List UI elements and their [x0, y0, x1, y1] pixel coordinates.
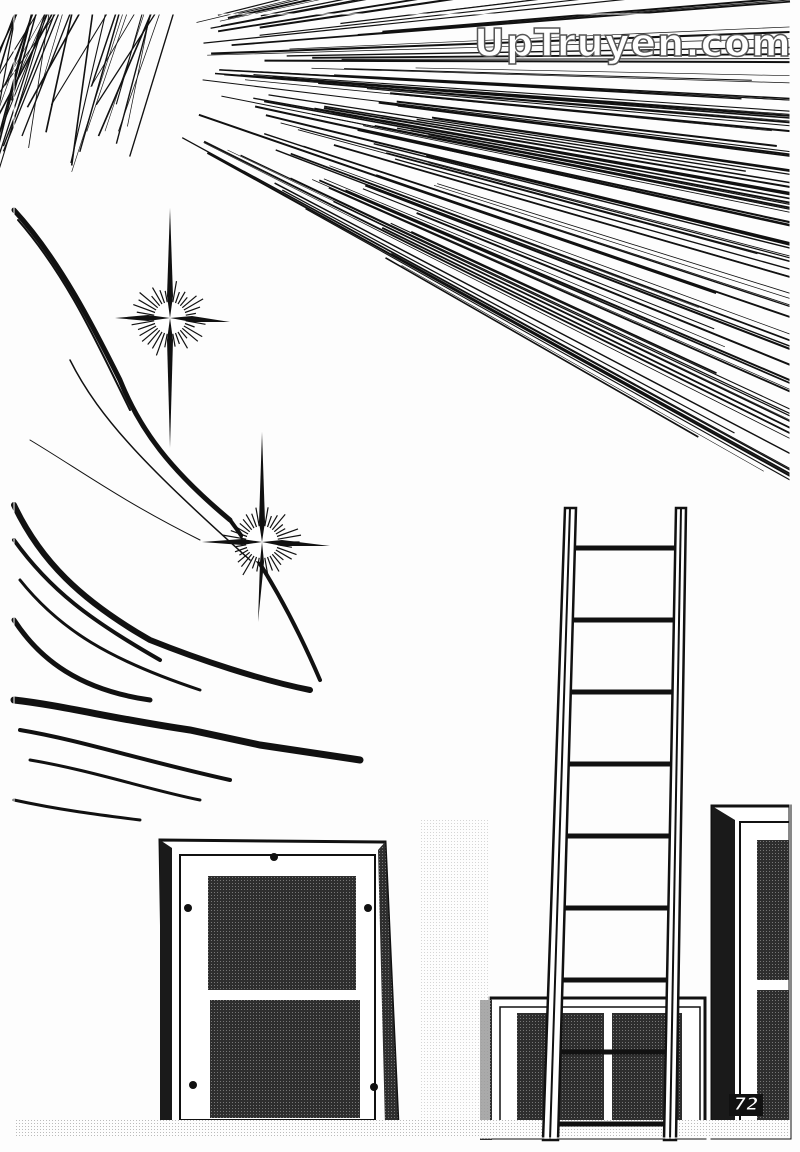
- window-frame: [160, 840, 398, 1125]
- sparkle: [202, 432, 330, 622]
- manga-page: UpTruyen.com 72: [0, 0, 800, 1152]
- speed-lines: [0, 0, 790, 480]
- wall-shadow: [420, 820, 490, 1120]
- watermark-text: UpTruyen.com: [474, 18, 774, 68]
- draped-cloth: [14, 210, 360, 820]
- page-number: 72: [729, 1094, 763, 1116]
- window-frame: [712, 806, 790, 1138]
- manga-artwork: [0, 0, 800, 1152]
